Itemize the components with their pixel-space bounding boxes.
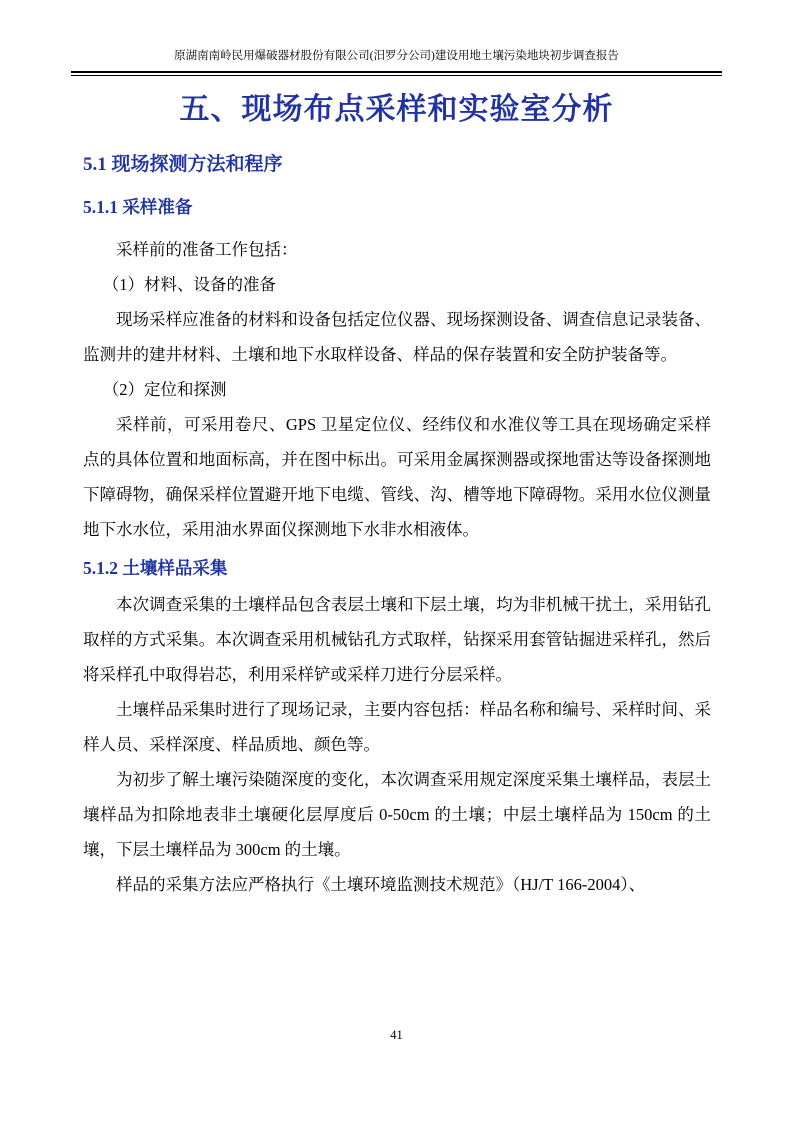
paragraph: 本次调查采集的土壤样品包含表层土壤和下层土壤，均为非机械干扰土，采用钻孔取样的方… [83, 587, 711, 692]
paragraph: 现场采样应准备的材料和设备包括定位仪器、现场探测设备、调查信息记录装备、监测井的… [83, 302, 711, 372]
paragraph: 采样前，可采用卷尺、GPS 卫星定位仪、经纬仪和水准仪等工具在现场确定采样点的具… [83, 407, 711, 547]
header-rule [71, 71, 722, 76]
paragraph: 土壤样品采集时进行了现场记录，主要内容包括：样品名称和编号、采样时间、采样人员、… [83, 692, 711, 762]
list-item-materials: （1）材料、设备的准备 [83, 267, 711, 302]
paragraph: 为初步了解土壤污染随深度的变化，本次调查采用规定深度采集土壤样品，表层土壤样品为… [83, 762, 711, 867]
page-number: 41 [0, 1028, 793, 1043]
subsection-heading-5-1-1: 5.1.1 采样准备 [83, 194, 711, 220]
section-heading-5-1: 5.1 现场探测方法和程序 [83, 152, 711, 178]
page-header: 原湖南南岭民用爆破器材股份有限公司(汨罗分公司)建设用地土壤污染地块初步调查报告 [0, 48, 793, 76]
paragraph: 采样前的准备工作包括： [83, 232, 711, 267]
header-title: 原湖南南岭民用爆破器材股份有限公司(汨罗分公司)建设用地土壤污染地块初步调查报告 [0, 48, 793, 64]
chapter-title: 五、现场布点采样和实验室分析 [40, 90, 753, 130]
paragraph: 样品的采集方法应严格执行《土壤环境监测技术规范》（HJ/T 166-2004）、 [83, 867, 711, 902]
document-content: 5.1 现场探测方法和程序 5.1.1 采样准备 采样前的准备工作包括： （1）… [0, 152, 793, 902]
subsection-heading-5-1-2: 5.1.2 土壤样品采集 [83, 555, 711, 581]
list-item-positioning: （2）定位和探测 [83, 372, 711, 407]
document-page: 原湖南南岭民用爆破器材股份有限公司(汨罗分公司)建设用地土壤污染地块初步调查报告… [0, 0, 793, 1122]
